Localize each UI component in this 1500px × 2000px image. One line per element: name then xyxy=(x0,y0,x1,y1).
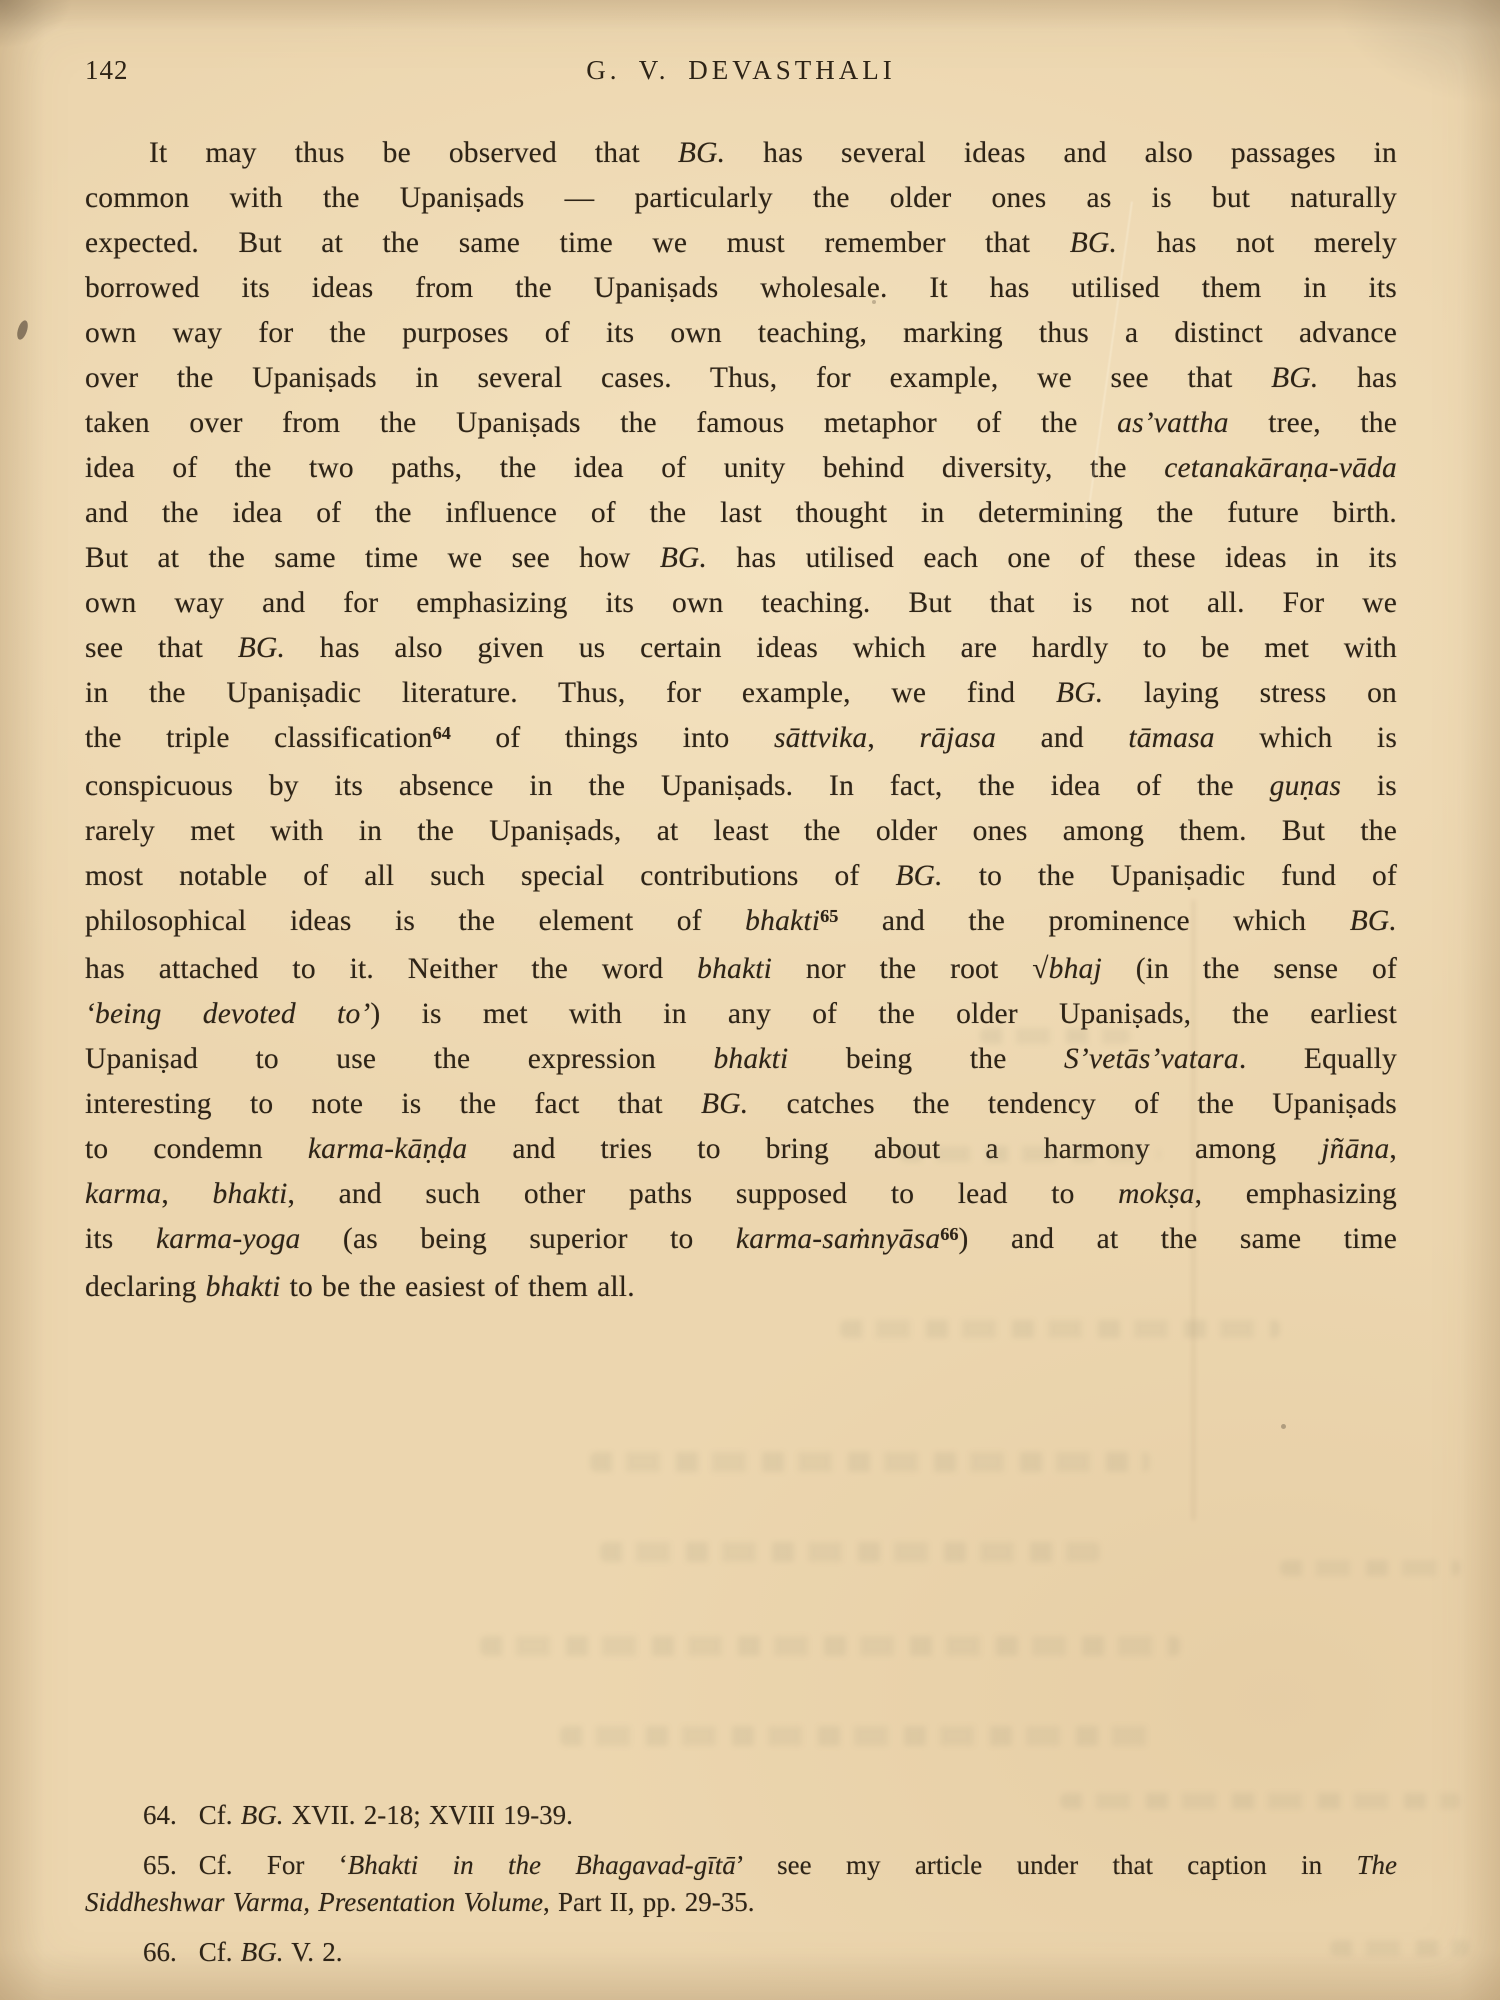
page-showthrough xyxy=(480,1636,1180,1656)
text-segment: most notable of all such special contrib… xyxy=(85,860,895,892)
text-segment: as’vattha xyxy=(1117,407,1229,439)
text-segment: see that xyxy=(85,632,238,664)
text-segment: borrowed its ideas from the Upaniṣads wh… xyxy=(85,272,1397,304)
paragraph-line: expected. But at the same time we must r… xyxy=(85,221,1397,266)
paragraph-line: its karma-yoga (as being superior to kar… xyxy=(85,1217,1397,1265)
text-segment: has utilised each one of these ideas in … xyxy=(707,542,1397,574)
text-segment: bhaj xyxy=(1049,953,1102,985)
text-segment: 64 xyxy=(433,723,451,743)
text-segment: to be the easiest of them all. xyxy=(281,1271,635,1303)
text-segment: , xyxy=(867,722,919,754)
text-segment: idea of the two paths, the idea of unity… xyxy=(85,452,1164,484)
paragraph-line: common with the Upaniṣads — particularly… xyxy=(85,176,1397,221)
paragraph-line: idea of the two paths, the idea of unity… xyxy=(85,446,1397,491)
text-segment: Siddheshwar Varma, Presentation Volume xyxy=(85,1887,543,1917)
paragraph-line: in the Upaniṣadic literature. Thus, for … xyxy=(85,671,1397,716)
text-segment: bhakti xyxy=(697,953,772,985)
text-segment: BG. xyxy=(1271,362,1318,394)
paragraph-line: own way for the purposes of its own teac… xyxy=(85,311,1397,356)
footnotes: 64.Cf. BG. XVII. 2-18; XVIII 19-39.65.Cf… xyxy=(85,1797,1397,1984)
text-segment: and xyxy=(996,722,1128,754)
text-segment: the triple classification xyxy=(85,722,433,754)
page-speck xyxy=(15,319,30,341)
text-segment: ’ see my article under that caption in xyxy=(736,1850,1357,1880)
text-segment: nor the root √ xyxy=(772,953,1049,985)
text-segment: jñāna xyxy=(1321,1133,1389,1165)
text-segment: own way and for emphasizing its own teac… xyxy=(85,587,1397,619)
text-segment: S’vetās’vatara xyxy=(1064,1043,1239,1075)
paragraph-line: declaring bhakti to be the easiest of th… xyxy=(85,1265,1397,1310)
text-segment: karma-kāṇḍa xyxy=(308,1133,468,1165)
paragraph-line: interesting to note is the fact that BG.… xyxy=(85,1082,1397,1127)
text-segment: BG. xyxy=(701,1088,748,1120)
text-segment: BG. xyxy=(678,137,725,169)
text-segment: , xyxy=(1389,1133,1397,1165)
text-segment: XVII. 2-18; XVIII 19-39. xyxy=(284,1800,573,1830)
text-segment: Cf. xyxy=(199,1800,241,1830)
text-segment: which is xyxy=(1215,722,1397,754)
footnote-line: Siddheshwar Varma, Presentation Volume, … xyxy=(85,1884,1397,1921)
paragraph-line: to condemn karma-kāṇḍa and tries to brin… xyxy=(85,1127,1397,1172)
text-segment: has not merely xyxy=(1117,227,1397,259)
text-segment: (in the sense of xyxy=(1102,953,1397,985)
paragraph-line: own way and for emphasizing its own teac… xyxy=(85,581,1397,626)
text-segment: bhakti xyxy=(713,1043,788,1075)
text-segment: has attached to it. Neither the word xyxy=(85,953,697,985)
text-segment: laying stress on xyxy=(1103,677,1397,709)
text-segment: , and such other paths supposed to lead … xyxy=(287,1178,1118,1210)
text-segment: BG. xyxy=(241,1937,284,1967)
text-segment: sāttvika xyxy=(774,722,867,754)
paragraph-line: has attached to it. Neither the word bha… xyxy=(85,947,1397,992)
text-segment: interesting to note is the fact that xyxy=(85,1088,701,1120)
text-segment: bhakti xyxy=(745,905,820,937)
page-showthrough xyxy=(560,1726,1150,1746)
text-segment: , emphasizing xyxy=(1195,1178,1397,1210)
text-segment: expected. But at the same time we must r… xyxy=(85,227,1070,259)
text-segment: declaring xyxy=(85,1271,206,1303)
text-segment: ‘being devoted to’ xyxy=(85,998,370,1030)
paragraph-line: and the idea of the influence of the las… xyxy=(85,491,1397,536)
text-segment: Cf. For ‘ xyxy=(199,1850,348,1880)
text-segment: V. 2. xyxy=(284,1937,343,1967)
text-segment: 65. xyxy=(143,1850,177,1880)
paragraph-line: But at the same time we see how BG. has … xyxy=(85,536,1397,581)
page-showthrough xyxy=(840,1320,1280,1338)
paragraph-line: It may thus be observed that BG. has sev… xyxy=(85,131,1397,176)
text-segment: But at the same time we see how xyxy=(85,542,660,574)
text-segment: over the Upaniṣads in several cases. Thu… xyxy=(85,362,1271,394)
text-segment: . Equally xyxy=(1239,1043,1397,1075)
text-segment: in the Upaniṣadic literature. Thus, for … xyxy=(85,677,1056,709)
text-segment: tree, the xyxy=(1229,407,1397,439)
text-segment: rarely met with in the Upaniṣads, at lea… xyxy=(85,815,1397,847)
text-segment: bhakti xyxy=(206,1271,281,1303)
text-segment: has also given us certain ideas which ar… xyxy=(285,632,1397,664)
text-segment: and tries to bring about a harmony among xyxy=(467,1133,1321,1165)
footnote-line: 66.Cf. BG. V. 2. xyxy=(85,1934,1397,1971)
text-segment: , Part II, pp. 29-35. xyxy=(543,1887,754,1917)
text-segment: karma xyxy=(85,1178,161,1210)
text-segment: Cf. xyxy=(199,1937,241,1967)
footnote: 64.Cf. BG. XVII. 2-18; XVIII 19-39. xyxy=(85,1797,1397,1834)
paragraph-line: rarely met with in the Upaniṣads, at lea… xyxy=(85,809,1397,854)
text-segment: It may thus be observed that xyxy=(149,137,678,169)
text-segment: 66 xyxy=(940,1224,958,1244)
paragraph-line: borrowed its ideas from the Upaniṣads wh… xyxy=(85,266,1397,311)
text-segment: BG. xyxy=(1070,227,1117,259)
footnote: 66.Cf. BG. V. 2. xyxy=(85,1934,1397,1971)
page-showthrough xyxy=(600,1542,1100,1562)
text-segment: rājasa xyxy=(919,722,996,754)
text-segment: Bhakti in the Bhagavad-gītā xyxy=(348,1850,736,1880)
footnote: 65.Cf. For ‘Bhakti in the Bhagavad-gītā’… xyxy=(85,1847,1397,1921)
text-segment: own way for the purposes of its own teac… xyxy=(85,317,1397,349)
text-segment: 65 xyxy=(820,906,838,926)
book-page: 142 G. V. DEVASTHALI It may thus be obse… xyxy=(0,0,1500,2000)
text-segment: 64. xyxy=(143,1800,177,1830)
text-segment: taken over from the Upaniṣads the famous… xyxy=(85,407,1117,439)
paragraph-line: Upaniṣad to use the expression bhakti be… xyxy=(85,1037,1397,1082)
text-segment: ) and at the same time xyxy=(959,1223,1397,1255)
text-segment: BG. xyxy=(895,860,942,892)
footnote-line: 64.Cf. BG. XVII. 2-18; XVIII 19-39. xyxy=(85,1797,1397,1834)
text-segment: to the Upaniṣadic fund of xyxy=(943,860,1397,892)
paragraph-line: conspicuous by its absence in the Upaniṣ… xyxy=(85,764,1397,809)
text-segment: philosophical ideas is the element of xyxy=(85,905,745,937)
text-segment: conspicuous by its absence in the Upaniṣ… xyxy=(85,770,1270,802)
text-segment: BG. xyxy=(241,1800,284,1830)
text-segment: guṇas xyxy=(1270,770,1341,802)
paragraph-line: most notable of all such special contrib… xyxy=(85,854,1397,899)
text-segment: BG. xyxy=(1350,905,1397,937)
paragraph-line: ‘being devoted to’) is met with in any o… xyxy=(85,992,1397,1037)
text-segment: (as being superior to xyxy=(300,1223,735,1255)
running-head: G. V. DEVASTHALI xyxy=(85,55,1397,86)
text-segment: of things into xyxy=(451,722,774,754)
text-segment: mokṣa xyxy=(1118,1178,1194,1210)
text-segment: 66. xyxy=(143,1937,177,1967)
text-segment: ) is met with in any of the older Upaniṣ… xyxy=(370,998,1397,1030)
text-segment: to condemn xyxy=(85,1133,308,1165)
text-segment: has xyxy=(1318,362,1397,394)
body-paragraph: It may thus be observed that BG. has sev… xyxy=(85,131,1397,1310)
page-header: 142 G. V. DEVASTHALI xyxy=(85,55,1397,95)
text-segment: and the prominence which xyxy=(838,905,1349,937)
text-segment: cetanakāraṇa-vāda xyxy=(1164,452,1397,484)
paragraph-line: over the Upaniṣads in several cases. Thu… xyxy=(85,356,1397,401)
page-showthrough xyxy=(1280,1560,1460,1576)
text-segment: BG. xyxy=(238,632,285,664)
page-speck xyxy=(1281,1424,1286,1429)
text-segment: common with the Upaniṣads — particularly… xyxy=(85,182,1397,214)
text-segment: karma-yoga xyxy=(156,1223,301,1255)
text-segment: The xyxy=(1357,1850,1398,1880)
text-segment: has several ideas and also passages in xyxy=(725,137,1397,169)
text-segment: being the xyxy=(788,1043,1064,1075)
text-segment: catches the tendency of the Upaniṣads xyxy=(748,1088,1397,1120)
text-segment: bhakti xyxy=(213,1178,288,1210)
paragraph-line: karma, bhakti, and such other paths supp… xyxy=(85,1172,1397,1217)
text-segment: and the idea of the influence of the las… xyxy=(85,497,1397,529)
paragraph-line: taken over from the Upaniṣads the famous… xyxy=(85,401,1397,446)
text-segment: , xyxy=(161,1178,212,1210)
page-showthrough xyxy=(590,1452,1150,1472)
text-segment: Upaniṣad to use the expression xyxy=(85,1043,713,1075)
paragraph-line: the triple classification64 of things in… xyxy=(85,716,1397,764)
text-segment: karma-saṁnyāsa xyxy=(736,1223,940,1255)
text-segment: its xyxy=(85,1223,156,1255)
text-segment: BG. xyxy=(660,542,707,574)
footnote-line: 65.Cf. For ‘Bhakti in the Bhagavad-gītā’… xyxy=(85,1847,1397,1884)
paragraph-line: philosophical ideas is the element of bh… xyxy=(85,899,1397,947)
text-segment: tāmasa xyxy=(1128,722,1214,754)
paragraph-line: see that BG. has also given us certain i… xyxy=(85,626,1397,671)
text-segment: BG. xyxy=(1056,677,1103,709)
text-segment: is xyxy=(1341,770,1397,802)
